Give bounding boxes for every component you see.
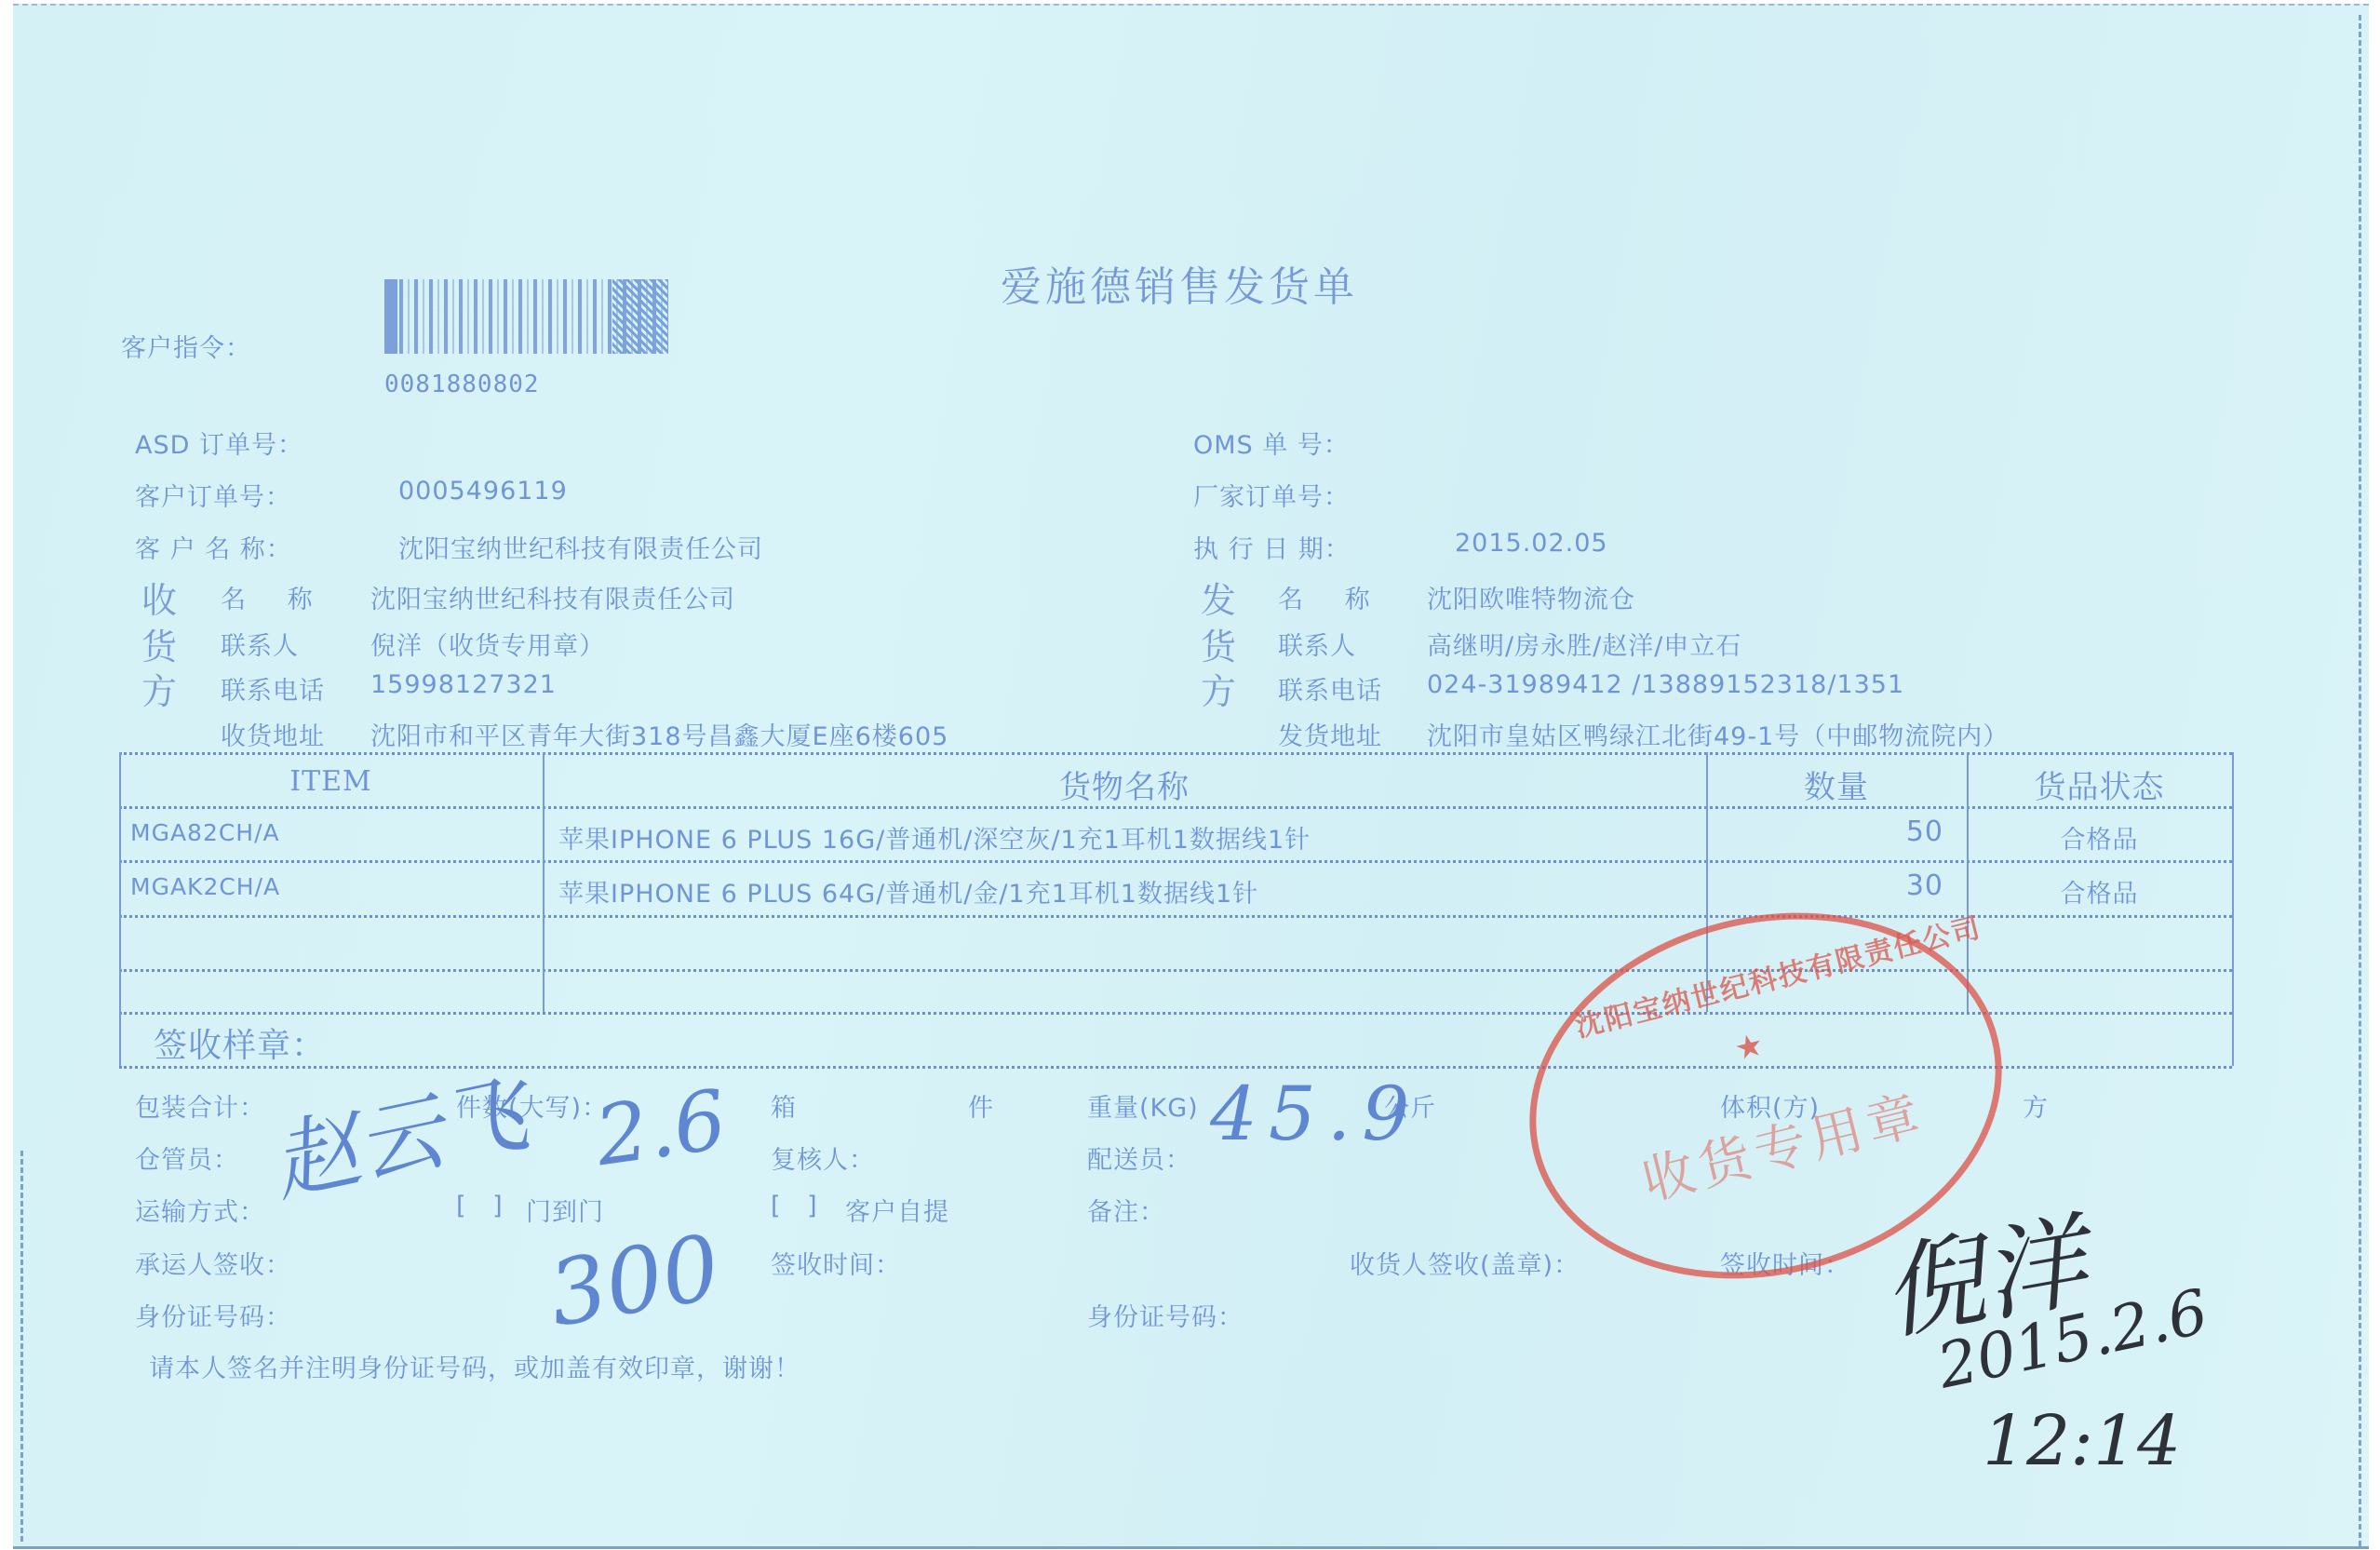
shipper-side-char-3: 方: [1201, 663, 1237, 714]
carrier-sign-label: 承运人签收：: [135, 1245, 291, 1281]
shipper-side-char-1: 发: [1201, 572, 1237, 623]
checker-label: 复核人：: [771, 1139, 875, 1176]
box-label: 箱: [771, 1087, 797, 1124]
consignee-name-value: 沈阳宝纳世纪科技有限责任公司: [370, 579, 735, 615]
shipper-contact-label: 联系人: [1278, 626, 1356, 662]
table-header-goods-name: 货物名称: [543, 762, 1706, 807]
warehouse-keeper-label: 仓管员：: [135, 1139, 239, 1176]
consignee-side-char-2: 货: [141, 618, 178, 669]
stamp-row-label: 签收样章：: [154, 1019, 326, 1067]
shipper-address-label: 发货地址: [1278, 716, 1382, 752]
pack-total-label: 包装合计：: [135, 1087, 265, 1124]
table-header-quantity: 数量: [1706, 762, 1967, 807]
shipper-phone-label: 联系电话: [1278, 670, 1382, 707]
exec-date-value: 2015.02.05: [1455, 529, 1608, 558]
weight-handwritten: 45.9: [1210, 1071, 1420, 1157]
id-number-label-left: 身份证号码：: [135, 1297, 291, 1333]
factory-order-label: 厂家订单号：: [1193, 477, 1350, 513]
row-goods-name: 苹果IPHONE 6 PLUS 64G/普通机/金/1充1耳机1数据线1针: [558, 873, 1258, 910]
shipper-name-value: 沈阳欧唯特物流仓: [1427, 579, 1635, 615]
perforation-right: [2359, 15, 2367, 1546]
perforation-left: [20, 1151, 27, 1542]
row-status: 合格品: [1967, 819, 2232, 856]
table-header-status: 货品状态: [1967, 762, 2232, 807]
self-pickup-label: 客户自提: [845, 1192, 949, 1228]
customer-order-value: 0005496119: [398, 477, 568, 505]
volume-unit: 方: [2023, 1087, 2049, 1124]
oms-number-label: OMS 单 号：: [1193, 425, 1350, 461]
shipper-phone-value: 024-31989412 /13889152318/1351: [1427, 670, 1904, 699]
receiver-time: 12:14: [1983, 1401, 2181, 1481]
consignee-phone-value: 15998127321: [370, 670, 557, 699]
weight-label: 重量(KG): [1087, 1087, 1199, 1124]
row-item-code: MGAK2CH/A: [130, 873, 280, 900]
shipper-contact-value: 高继明/房永胜/赵洋/申立石: [1427, 626, 1741, 662]
notice-text: 请本人签名并注明身份证号码，或加盖有效印章，谢谢！: [149, 1348, 800, 1384]
transport-method-label: 运输方式：: [135, 1192, 265, 1228]
consignee-contact-value: 倪洋（收货专用章）: [370, 626, 605, 662]
customer-name-value: 沈阳宝纳世纪科技有限责任公司: [398, 529, 763, 565]
consignee-address-value: 沈阳市和平区青年大街318号昌鑫大厦E座6楼605: [370, 716, 948, 752]
barcode-number: 0081880802: [384, 371, 540, 398]
door-to-door-label: 门到门: [526, 1192, 604, 1228]
door-to-door-checkbox[interactable]: [ ]: [456, 1192, 512, 1220]
delivery-person-label: 配送员：: [1087, 1139, 1191, 1176]
self-pickup-checkbox[interactable]: [ ]: [771, 1192, 827, 1220]
stamp-center-text: 收货专用章: [1634, 1075, 1922, 1215]
row-quantity: 50: [1706, 815, 1943, 848]
piece-label: 件: [968, 1087, 994, 1124]
table-header-item: ITEM: [119, 765, 543, 798]
pieces-handwritten: 2.6: [590, 1072, 733, 1184]
shipper-address-value: 沈阳市皇姑区鸭绿江北街49-1号（中邮物流院内）: [1427, 716, 2009, 752]
consignee-address-label: 收货地址: [221, 716, 325, 752]
consignee-side-char-3: 方: [141, 663, 178, 714]
row-quantity: 30: [1706, 869, 1943, 902]
receiver-sign-label: 收货人签收(盖章)：: [1350, 1245, 1580, 1281]
asd-order-label: ASD 订单号：: [135, 425, 303, 461]
consignee-phone-label: 联系电话: [221, 670, 325, 707]
sign-time-label-left: 签收时间：: [771, 1245, 901, 1281]
customer-instruction-label: 客户指令：: [121, 328, 251, 364]
customer-name-label: 客 户 名 称：: [135, 529, 292, 565]
id-number-label-right: 身份证号码：: [1087, 1297, 1244, 1333]
shipper-name-label: 名 称: [1278, 579, 1387, 615]
consignee-contact-label: 联系人: [221, 626, 299, 662]
row-status: 合格品: [1967, 873, 2232, 910]
consignee-side-char-1: 收: [141, 572, 178, 623]
remark-label: 备注：: [1087, 1192, 1165, 1228]
shipper-side-char-2: 货: [1201, 618, 1237, 669]
stamp-star-icon: ★: [1730, 1026, 1767, 1069]
row-goods-name: 苹果IPHONE 6 PLUS 16G/普通机/深空灰/1充1耳机1数据线1针: [558, 819, 1311, 856]
row-item-code: MGA82CH/A: [130, 819, 280, 846]
document-title: 爱施德销售发货单: [1001, 253, 1358, 313]
consignee-name-label: 名 称: [221, 579, 329, 615]
barcode-image: [384, 279, 668, 354]
customer-order-label: 客户订单号：: [135, 477, 291, 513]
exec-date-label: 执 行 日 期：: [1193, 529, 1351, 565]
